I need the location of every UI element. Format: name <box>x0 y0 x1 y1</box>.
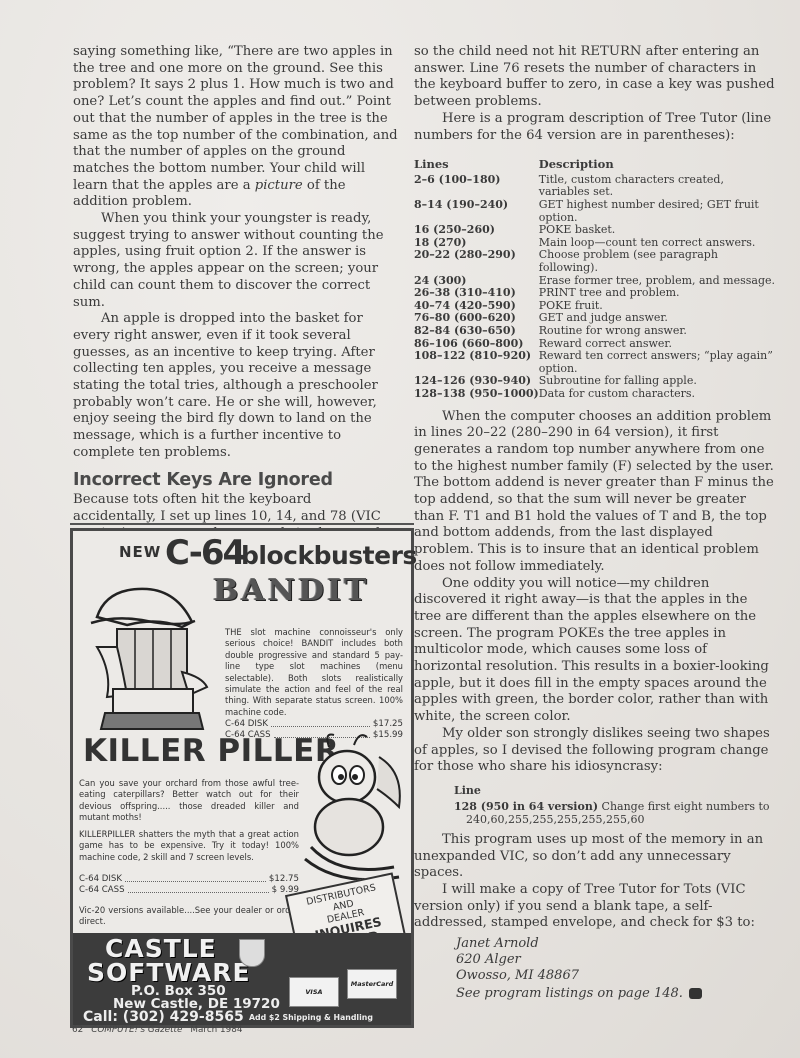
price-value: $12.75 <box>269 874 299 885</box>
header-lines: Lines <box>414 158 539 174</box>
row-desc: Routine for wrong answer. <box>539 325 776 338</box>
table-row: 26–38 (310–410)PRINT tree and problem. <box>414 287 776 300</box>
row-lines: 20–22 (280–290) <box>414 249 539 274</box>
table-row: 108–122 (810–920)Reward ten correct answ… <box>414 350 776 375</box>
table-row: 16 (250–260)POKE basket. <box>414 224 776 237</box>
castle-phone: Call: (302) 429-8565 <box>83 1009 244 1025</box>
listing-note-text: See program listings on page 148. <box>456 986 683 1001</box>
mastercard-icon: MasterCard <box>347 969 397 999</box>
row-lines: 16 (250–260) <box>414 224 539 237</box>
row-desc: Title, custom characters created, variab… <box>539 174 776 199</box>
table-row: 82–84 (630–650)Routine for wrong answer. <box>414 325 776 338</box>
italic-word: picture <box>255 178 303 193</box>
page-number: 62 <box>72 1025 83 1035</box>
section-heading: Incorrect Keys Are Ignored <box>73 472 398 489</box>
paragraph-fruit-option: When you think your youngster is ready, … <box>73 211 398 311</box>
table-row: 2–6 (100–180)Title, custom characters cr… <box>414 174 776 199</box>
paragraph-addition-problem: When the computer chooses an addition pr… <box>414 409 776 576</box>
vic20-availability: Vic-20 versions available....See your de… <box>79 905 299 928</box>
row-lines: 26–38 (310–410) <box>414 287 539 300</box>
table-row: 128–138 (950–1000)Data for custom charac… <box>414 388 776 401</box>
row-lines: 128–138 (950–1000) <box>414 388 539 401</box>
left-column: saying something like, “There are two ap… <box>73 44 398 593</box>
address-name: Janet Arnold <box>456 936 776 952</box>
end-of-article-icon <box>689 988 702 999</box>
program-modification: Line 128 (950 in 64 version) Change firs… <box>454 784 776 826</box>
paragraph-oddity: One oddity you will notice—my children d… <box>414 576 776 726</box>
row-lines: 108–122 (810–920) <box>414 350 539 375</box>
castle-software-contact-band: CASTLE SOFTWARE P.O. Box 350 New Castle,… <box>73 933 411 1025</box>
bandit-illustration-icon <box>77 577 217 737</box>
paragraph-basket-reward: An apple is dropped into the basket for … <box>73 311 398 461</box>
row-lines: 82–84 (630–650) <box>414 325 539 338</box>
right-column: so the child need not hit RETURN after e… <box>414 44 776 1002</box>
modification-text: Change first eight numbers to <box>602 800 770 813</box>
killer-piller-price-list: C-64 DISK$12.75 C-64 CASS$ 9.99 <box>79 874 299 896</box>
mailing-address: Janet Arnold 620 Alger Owosso, MI 48867 … <box>456 936 776 1002</box>
header-description: Description <box>539 158 776 174</box>
table-header-row: Lines Description <box>414 158 776 174</box>
price-row: C-64 CASS$ 9.99 <box>79 885 299 896</box>
row-desc: PRINT tree and problem. <box>539 287 776 300</box>
paragraph-program-description: Here is a program description of Tree Tu… <box>414 111 776 144</box>
table-row: 8–14 (190–240)GET highest number desired… <box>414 199 776 224</box>
ad-new-label: NEW <box>119 543 161 561</box>
page-footer: 62COMPUTE!'s GazetteMarch 1984 <box>72 1025 242 1035</box>
ad-divider <box>70 523 414 525</box>
modification-line-number: 128 (950 in 64 version) <box>454 800 598 813</box>
program-description-table: Lines Description 2–6 (100–180)Title, cu… <box>414 158 776 400</box>
row-desc: GET highest number desired; GET fruit op… <box>539 199 776 224</box>
shield-icon <box>239 939 265 967</box>
listing-note: See program listings on page 148. <box>456 986 776 1002</box>
castle-address: P.O. Box 350 New Castle, DE 19720 <box>113 985 280 1011</box>
row-lines: 8–14 (190–240) <box>414 199 539 224</box>
price-row: C-64 DISK$12.75 <box>79 874 299 885</box>
price-format: C-64 DISK <box>225 719 268 730</box>
modification-line: 128 (950 in 64 version) Change first eig… <box>454 800 776 813</box>
paragraph-apples-picture: saying something like, “There are two ap… <box>73 44 398 211</box>
logo-line: SOFTWARE <box>87 961 251 985</box>
price-format: C-64 DISK <box>79 874 122 885</box>
publication-name: COMPUTE!'s Gazette <box>91 1025 182 1035</box>
ad-blockbusters-label: blockbusters <box>241 541 417 570</box>
row-desc: Reward ten correct answers; “play again”… <box>539 350 776 375</box>
ad-c64-label: C-64 <box>165 533 244 573</box>
row-lines: 2–6 (100–180) <box>414 174 539 199</box>
paragraph-text: saying something like, “There are two ap… <box>73 44 398 193</box>
visa-card-icon: VISA <box>289 977 339 1007</box>
modification-values: 240,60,255,255,255,255,255,60 <box>454 813 776 826</box>
table-row: 20–22 (280–290)Choose problem (see parag… <box>414 249 776 274</box>
issue-date: March 1984 <box>190 1025 242 1035</box>
paragraph-memory: This program uses up most of the memory … <box>414 832 776 882</box>
castle-software-logo: CASTLE SOFTWARE <box>87 937 251 985</box>
killer-piller-description: Can you save your orchard from those awf… <box>79 778 299 824</box>
caterpillar-illustration-icon <box>299 727 409 887</box>
price-format: C-64 CASS <box>79 885 125 896</box>
modification-label: Line <box>454 784 776 797</box>
address-street: 620 Alger <box>456 952 776 968</box>
bandit-title: BANDIT <box>213 573 369 608</box>
paragraph-return: so the child need not hit RETURN after e… <box>414 44 776 111</box>
paragraph-older-son: My older son strongly dislikes seeing tw… <box>414 726 776 776</box>
row-desc: POKE basket. <box>539 224 776 237</box>
paragraph-copy-offer: I will make a copy of Tree Tutor for Tot… <box>414 882 776 932</box>
killer-piller-pitch: KILLERPILLER shatters the myth that a gr… <box>79 829 299 863</box>
row-desc: Data for custom characters. <box>539 388 776 401</box>
shipping-note: Add $2 Shipping & Handling <box>249 1013 373 1022</box>
row-desc: Choose problem (see paragraph following)… <box>539 249 776 274</box>
address-city: Owosso, MI 48867 <box>456 968 776 984</box>
castle-software-advertisement: NEW C-64 blockbusters BANDIT THE slot ma… <box>70 528 414 1028</box>
bandit-description: THE slot machine connoisseur's only seri… <box>225 627 403 718</box>
